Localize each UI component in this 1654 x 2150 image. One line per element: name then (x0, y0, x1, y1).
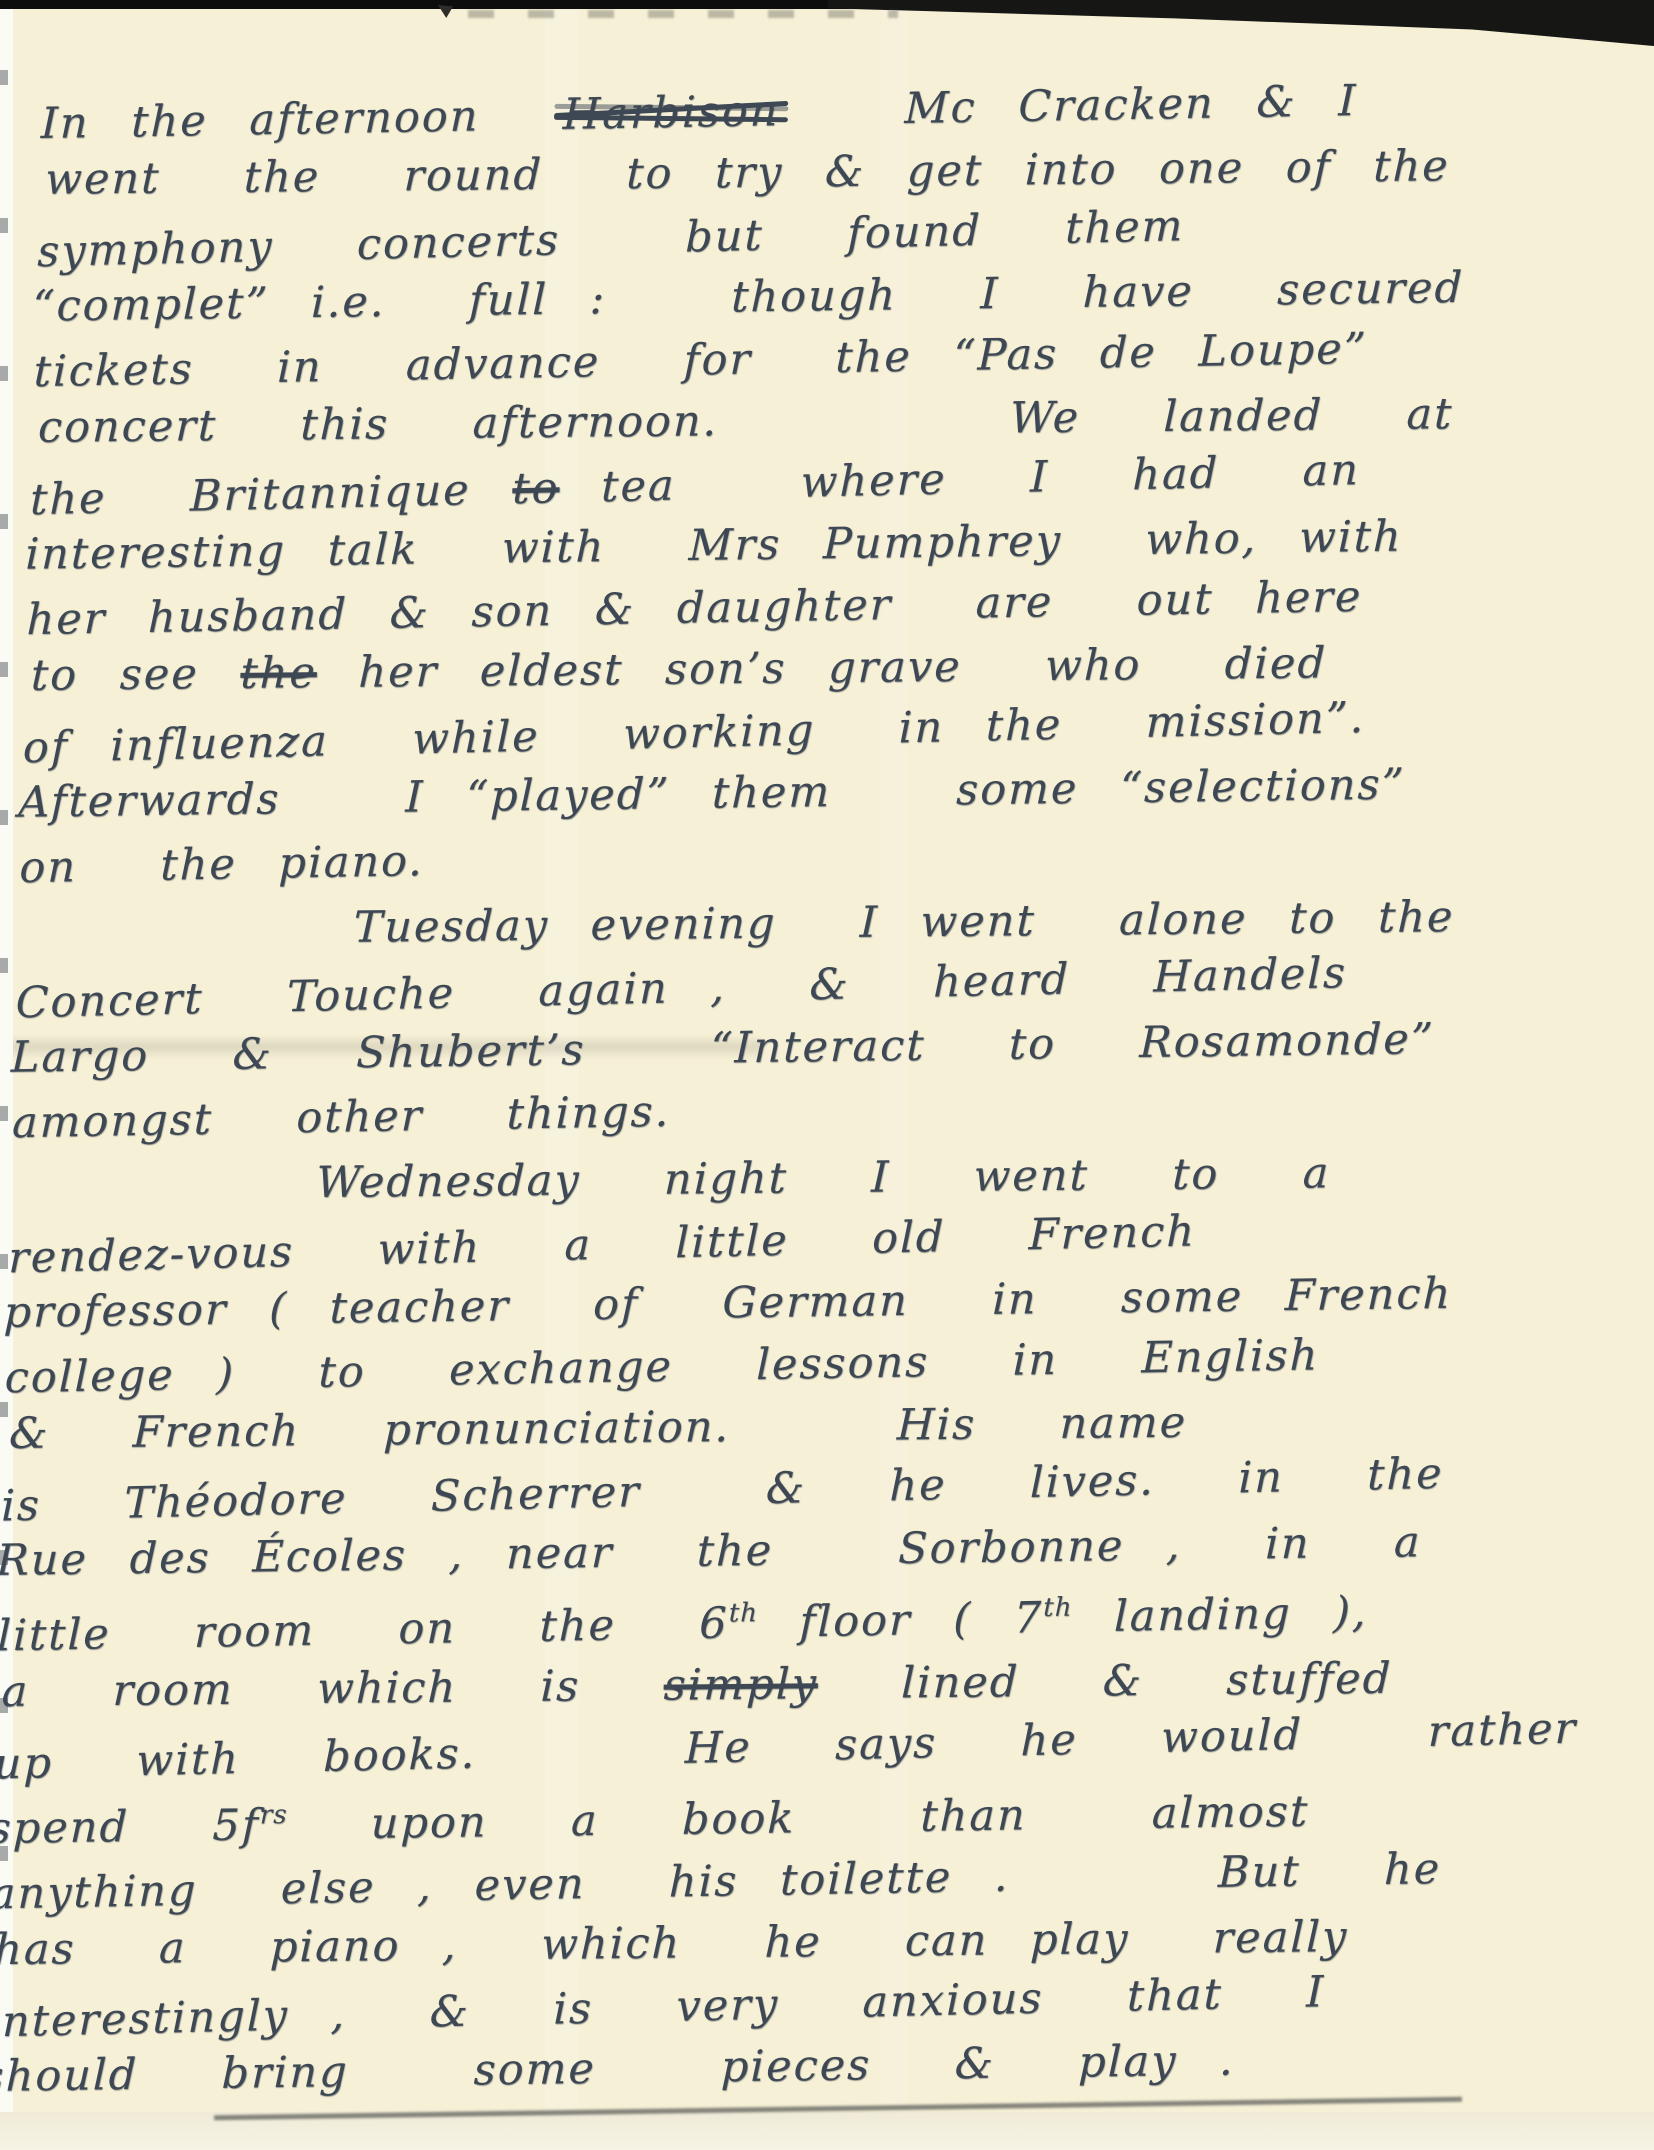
handwritten-text: the Britannique (30, 464, 513, 525)
handwritten-text: her eldest son’s grave who died (316, 638, 1327, 698)
handwritten-text: floor ( 7 (757, 1593, 1043, 1648)
handwritten-text: on the piano. (19, 836, 424, 893)
handwritten-text: landing ), (1072, 1587, 1368, 1642)
handwritten-text: & French pronunciation. His name (8, 1398, 1187, 1459)
handwritten-text: spend 5f (0, 1800, 260, 1854)
struck-out-word: the (240, 648, 318, 699)
handwritten-text: should bring some pieces & play . (0, 2036, 1235, 2102)
scanned-letter-page: { "page": { "kind": "scanned handwritten… (0, 0, 1654, 2150)
handwritten-text: Wednesday night I went to a (316, 1148, 1331, 1208)
scan-edge-ink-speck (438, 5, 453, 18)
handwritten-text: tea where I had an (559, 445, 1360, 513)
struck-out-word: Harbison (562, 86, 780, 140)
handwritten-text: rs (260, 1800, 288, 1830)
handwritten-text: amongst other things. (12, 1087, 671, 1148)
handwritten-text: lined & stuffed (817, 1654, 1393, 1710)
handwritten-text: In the afternoon (40, 90, 563, 149)
scan-edge-top-smudge (468, 10, 898, 18)
handwritten-text: th (729, 1598, 759, 1629)
struck-out-word: simply (663, 1659, 818, 1710)
handwritten-text: to see (30, 649, 241, 701)
scan-edge-top-right-shadow (828, 0, 1654, 46)
handwritten-text: Mc Cracken & I (779, 76, 1358, 136)
handwritten-text: upon a book than almost (287, 1787, 1310, 1850)
letter-body: In the afternoon Harbison Mc Cracken & I… (0, 74, 1630, 2102)
handwritten-text: little room on the 6 (0, 1599, 729, 1662)
struck-out-word: to (512, 463, 560, 514)
handwritten-text: a room which is (1, 1661, 664, 1717)
handwritten-text: th (1043, 1593, 1073, 1624)
